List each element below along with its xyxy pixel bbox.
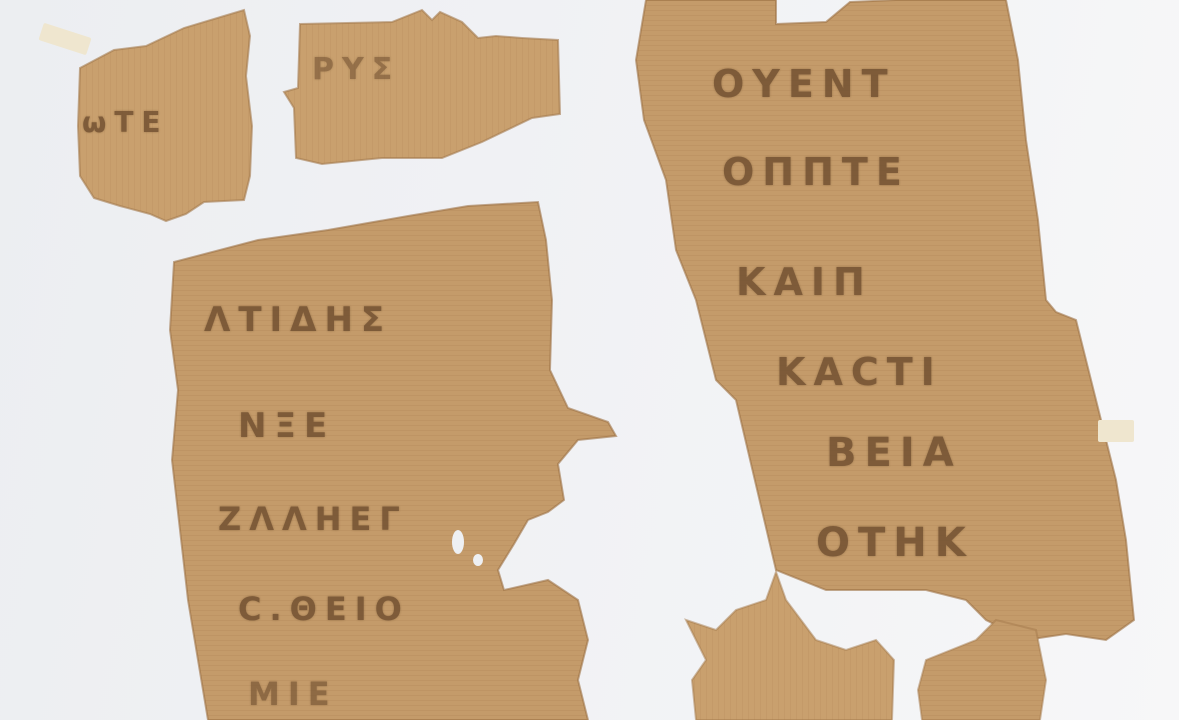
fragment-shape (168, 200, 618, 720)
fragment-text-line-2: ΝΞΕ (238, 406, 335, 446)
fragment-text: ΡΥΣ (312, 52, 400, 87)
fragment-text-line-3: ΚΑΙΠ (736, 260, 873, 304)
fragment-text-line-4: ΚΑCΤΙ (776, 350, 943, 394)
fragment-text-line-6: ΟΤΗΚ (816, 520, 974, 566)
papyrus-fragment-bottom-middle (676, 570, 906, 720)
fragment-text-line-1: ΛΤΙΔΗΣ (204, 300, 392, 340)
fragment-text: ωΤΕ (82, 106, 169, 139)
papyrus-fragment-bottom-right (916, 620, 1056, 720)
papyrus-fragment-left-large: ΛΤΙΔΗΣ ΝΞΕ ΖΛΛΗΕΓ C.ΘΕΙΟ ΜΙΕ (168, 200, 618, 720)
fragment-shape (676, 570, 906, 720)
papyrus-fragment-right-large: ΟΥΕΝΤ ΟΠΠΤΕ ΚΑΙΠ ΚΑCΤΙ ΒΕΙΑ ΟΤΗΚ (626, 0, 1146, 660)
fragment-text-line-4: C.ΘΕΙΟ (238, 590, 410, 628)
fragment-text-line-1: ΟΥΕΝΤ (712, 62, 896, 106)
fragment-text-line-5: ΒΕΙΑ (826, 430, 962, 476)
papyrus-fragment-top-middle: ΡΥΣ (282, 8, 562, 168)
fragment-shape (282, 8, 562, 168)
fragment-text-line-3: ΖΛΛΗΕΓ (218, 500, 408, 538)
fragment-text-line-2: ΟΠΠΤΕ (722, 150, 910, 194)
papyrus-fragment-top-left: ωΤΕ (74, 6, 259, 221)
fragment-text-line-5: ΜΙΕ (248, 675, 338, 713)
mounting-tab (1098, 420, 1134, 442)
fragment-shape (916, 620, 1056, 720)
photo-scene: ωΤΕ ΡΥΣ ΛΤΙΔΗΣ ΝΞΕ ΖΛΛΗΕΓ C.ΘΕΙΟ ΜΙΕ ΟΥΕ… (0, 0, 1179, 720)
